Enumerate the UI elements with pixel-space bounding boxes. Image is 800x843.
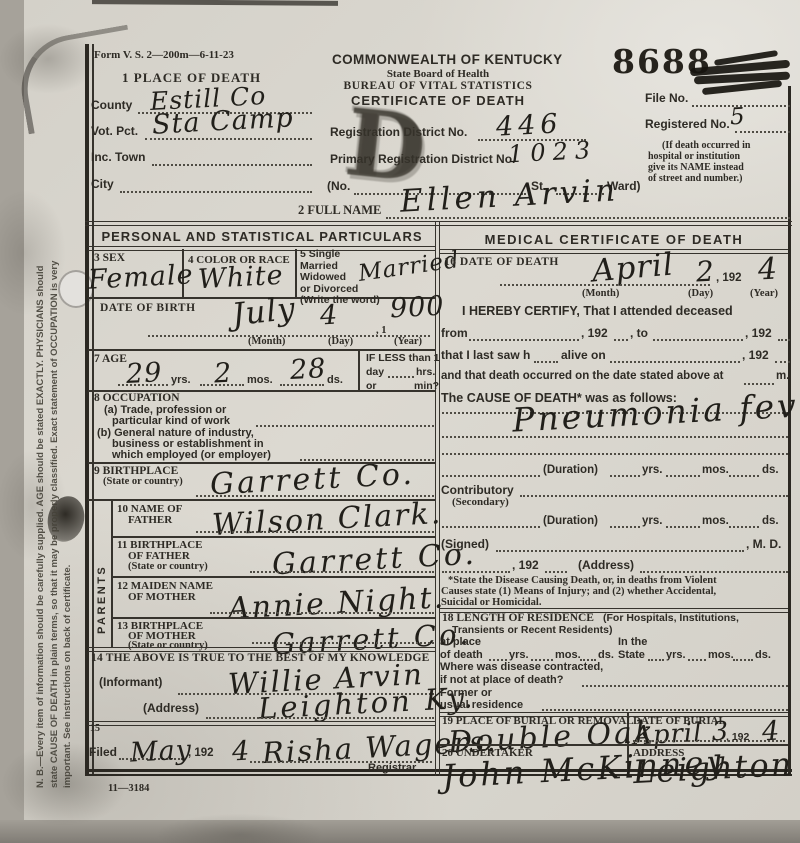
yrs-label: yrs. — [509, 649, 529, 661]
dotted-line — [118, 384, 168, 386]
form-right-border — [788, 86, 791, 776]
dob-label: DATE OF BIRTH — [100, 302, 196, 314]
former-label2: usual residence — [440, 699, 523, 711]
inc-town-label: Inc. Town — [91, 150, 145, 164]
dotted-line — [582, 685, 788, 687]
margin-note-line1: N. B.—Every item of information should b… — [34, 82, 48, 788]
yrs-label: yrs. — [642, 515, 662, 527]
personal-section-title: PERSONAL AND STATISTICAL PARTICULARS — [88, 229, 436, 244]
dotted-line — [200, 384, 244, 386]
month-caption: (Month) — [582, 288, 619, 299]
dotted-line — [442, 453, 788, 455]
ink-scribble — [688, 52, 794, 98]
dotted-line — [196, 495, 434, 497]
year-caption: (Year) — [750, 288, 778, 299]
if-less-label: IF LESS than 1 — [366, 352, 440, 364]
dotted-line — [610, 475, 640, 477]
row-divider — [111, 536, 436, 538]
contributory-label: Contributory — [441, 483, 514, 497]
mother-name-label2: OF MOTHER — [128, 591, 196, 603]
hospital-note-line: of street and number.) — [648, 173, 794, 184]
dotted-line — [640, 571, 788, 573]
row-divider — [111, 617, 436, 619]
mos-label: mos. — [247, 374, 273, 386]
dob-month-value: July — [230, 291, 297, 333]
hospital-note-line: give its NAME instead — [648, 162, 794, 173]
father-birthplace-label3: (State or country) — [128, 561, 208, 572]
dotted-line — [210, 612, 434, 614]
dotted-line — [442, 436, 788, 438]
footnote-line1: *State the Disease Causing Death, or, in… — [448, 575, 717, 586]
dotted-line — [733, 659, 753, 661]
hospital-note-line: hospital or institution — [648, 151, 794, 162]
year-192: , 192 — [745, 326, 772, 340]
county-label: County — [91, 98, 132, 112]
dotted-line — [388, 376, 414, 378]
hospital-note: (If death occurred in hospital or instit… — [648, 140, 794, 184]
yrs-label: yrs. — [666, 649, 686, 661]
address-label: (Address) — [578, 558, 634, 572]
of-death-label: of death — [440, 649, 483, 661]
last-saw-label: that I last saw h — [441, 348, 530, 362]
secondary-label: (Secondary) — [452, 496, 509, 508]
dotted-line — [633, 740, 785, 742]
rubber-stamp-d: D — [341, 88, 432, 204]
occupation-a-line2: particular kind of work — [112, 415, 230, 427]
residence-note2: Transients or Recent Residents) — [452, 624, 612, 636]
duration-label: (Duration) — [543, 515, 598, 527]
filed-year-printed: , 192 — [188, 747, 214, 759]
attended-to-label: , to — [630, 326, 648, 340]
day-label: day — [366, 366, 384, 378]
dotted-line — [120, 191, 312, 193]
dotted-line — [648, 659, 664, 661]
contracted-label1: Where was disease contracted, — [440, 661, 603, 673]
ds-label: ds. — [762, 515, 779, 527]
row-divider — [111, 576, 436, 578]
cell-divider — [358, 349, 360, 390]
dotted-line — [534, 361, 558, 363]
occupation-label: 8 OCCUPATION — [94, 392, 180, 404]
filed-year-digit: 4 — [231, 736, 251, 768]
medical-section-title: MEDICAL CERTIFICATE OF DEATH — [440, 232, 788, 247]
commonwealth-title: COMMONWEALTH OF KENTUCKY — [332, 52, 544, 67]
margin-instructions: N. B.—Every item of information should b… — [34, 82, 75, 788]
ds-label: ds. — [762, 464, 779, 476]
attended-from-label: from — [441, 326, 468, 340]
dotted-line — [280, 384, 324, 386]
residence-note1: (For Hospitals, Institutions, — [603, 612, 739, 624]
registered-no-label: Registered No. — [645, 117, 730, 131]
hrs-label: hrs. — [416, 366, 435, 378]
occupation-b-line3: which employed (or employer) — [112, 449, 271, 461]
mos-label: mos. — [702, 515, 729, 527]
dotted-line — [735, 131, 790, 133]
dotted-line — [442, 571, 510, 573]
footnote-line3: Suicidal or Homicidal. — [441, 597, 541, 608]
dotted-line — [148, 335, 430, 337]
city-label: City — [91, 177, 114, 191]
parents-vertical-label: PARENTS — [96, 565, 108, 634]
form-left-border — [85, 44, 89, 776]
dotted-line — [206, 717, 434, 719]
informant-label: (Informant) — [99, 675, 162, 689]
ds-label: ds. — [755, 649, 771, 661]
dotted-line — [469, 339, 579, 341]
dotted-line — [666, 475, 700, 477]
vot-pct-label: Vot. Pct. — [91, 124, 138, 138]
m-label: m. — [776, 370, 789, 382]
burial-year-digit: 4 — [761, 716, 781, 748]
race-value: White — [197, 260, 284, 295]
dob-day-value: 4 — [319, 300, 339, 332]
yrs-label: yrs. — [642, 464, 662, 476]
section-divider — [88, 246, 436, 251]
state-label: State — [618, 649, 645, 661]
contracted-label2: if not at place of death? — [440, 674, 563, 686]
dotted-line — [196, 531, 434, 533]
dotted-line — [545, 571, 567, 573]
signed-label: (Signed) — [441, 537, 489, 551]
death-occurred-label: and that death occurred on the date stat… — [441, 370, 723, 382]
date-of-death-year-digit: 4 — [757, 251, 779, 287]
dotted-line — [653, 339, 743, 341]
dotted-line — [542, 709, 788, 711]
age-label: 7 AGE — [94, 353, 127, 365]
age-days-value: 28 — [289, 353, 327, 386]
year-192: , 192 — [512, 558, 539, 572]
bottom-form-number: 11—3184 — [108, 783, 149, 794]
row-divider — [440, 744, 788, 746]
dotted-line — [744, 383, 774, 385]
day-caption: (Day) — [328, 336, 353, 347]
dotted-line — [729, 526, 759, 528]
informant-address-label: (Address) — [143, 701, 199, 715]
in-the-label: In the — [618, 636, 647, 648]
footnote-line2: Causes state (1) Means of Injury; and (2… — [441, 586, 716, 597]
dotted-line — [775, 361, 790, 363]
death-certificate-scan: N. B.—Every item of information should b… — [0, 0, 800, 843]
form-number: Form V. S. 2—200m—6-11-23 — [94, 49, 234, 61]
dotted-line — [496, 550, 744, 552]
md-label: , M. D. — [746, 537, 781, 551]
mos-label: mos. — [708, 649, 734, 661]
cell-divider — [295, 249, 297, 297]
year-192: , 192 — [742, 348, 769, 362]
registered-no-value: 5 — [729, 104, 746, 131]
month-caption: (Month) — [248, 336, 285, 347]
bottom-page-edge — [0, 820, 800, 843]
year-192: , 192 — [581, 326, 608, 340]
board-subtitle: State Board of Health — [332, 68, 544, 80]
section-divider — [88, 721, 436, 726]
row-divider — [88, 349, 436, 351]
ds-label: ds. — [327, 374, 343, 386]
dotted-line — [500, 284, 710, 286]
dotted-line — [520, 495, 788, 497]
dotted-line — [252, 642, 434, 644]
dotted-line — [729, 475, 759, 477]
dotted-line — [614, 339, 628, 341]
former-label1: Former or — [440, 687, 492, 699]
dob-year-value: 900 — [389, 291, 445, 325]
day-caption: (Day) — [688, 288, 713, 299]
registrar-label: Registrar — [368, 762, 416, 774]
date-of-death-label: 16 DATE OF DEATH — [444, 256, 559, 268]
dotted-line — [610, 526, 640, 528]
dotted-line — [256, 425, 434, 427]
yrs-label: yrs. — [171, 374, 191, 386]
filed-label: Filed — [89, 745, 117, 759]
certify-statement: I HEREBY CERTIFY, That I attended deceas… — [462, 304, 733, 318]
full-name-label: 2 FULL NAME — [298, 203, 381, 218]
residence-label: 18 LENGTH OF RESIDENCE — [442, 612, 594, 624]
marital-label-line: (Write the word) — [300, 295, 380, 307]
file-no-label: File No. — [645, 91, 688, 105]
birthplace-sublabel: (State or country) — [103, 476, 183, 487]
dotted-line — [250, 571, 434, 573]
primary-registration-value: 1023 — [507, 136, 597, 169]
dotted-line — [688, 659, 706, 661]
sex-value: Female — [87, 259, 194, 295]
hospital-note-line: (If death occurred in — [648, 140, 794, 151]
year-caption: (Year) — [394, 336, 422, 347]
margin-note-line3: important. See instructions on back of c… — [61, 82, 75, 788]
mos-label: mos. — [702, 464, 729, 476]
alive-on-label: alive on — [561, 348, 606, 362]
dotted-line — [778, 339, 790, 341]
duration-label: (Duration) — [543, 464, 598, 476]
parents-cell-divider — [111, 499, 113, 647]
dotted-line — [152, 164, 312, 166]
dob-year-prefix: , 1 — [376, 325, 387, 336]
ds-label: ds. — [598, 649, 614, 661]
filed-section-number: 15 — [90, 723, 100, 734]
at-place-label: at place — [440, 636, 481, 648]
dotted-line — [666, 526, 700, 528]
dotted-line — [442, 526, 540, 528]
father-name-label2: FATHER — [128, 514, 172, 526]
filed-month-value: May — [129, 734, 193, 768]
dotted-line — [610, 361, 740, 363]
dotted-line — [442, 475, 540, 477]
mos-label: mos. — [555, 649, 581, 661]
margin-note-line2: state CAUSE OF DEATH in plain terms, so … — [48, 82, 62, 788]
date-of-death-year-printed: , 192 — [716, 272, 742, 284]
